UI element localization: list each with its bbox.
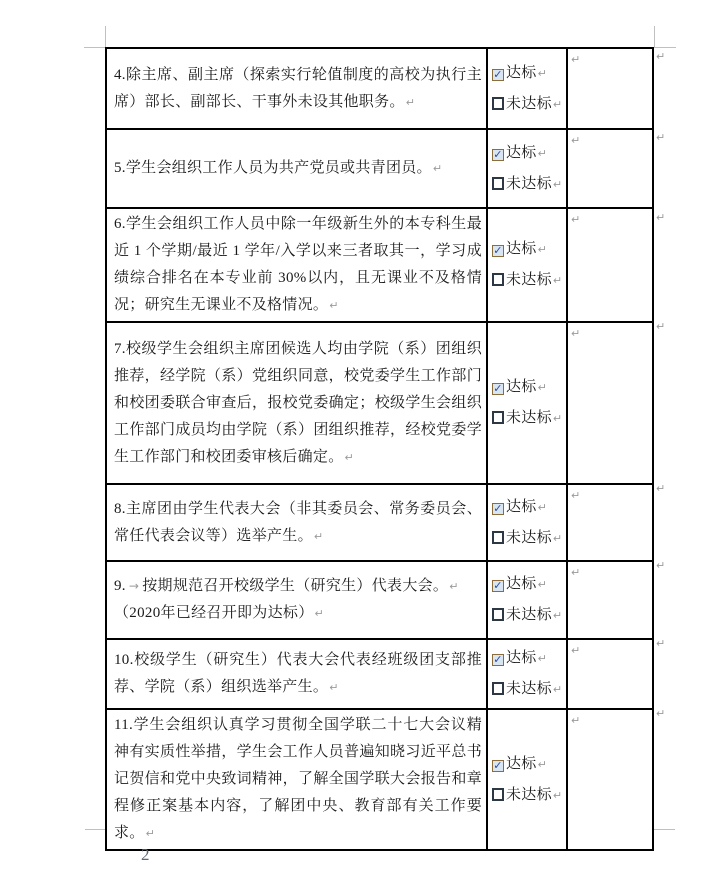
unchecked-checkbox-icon[interactable] — [492, 682, 504, 695]
met-option: ✓达标↵ — [492, 492, 566, 523]
criterion-text: 校级学生会组织主席团候选人均由学院（系）团组织推荐，经学院（系）党组织同意，校党… — [114, 341, 482, 465]
not-met-option: 未达标↵ — [492, 265, 566, 296]
notes-cell: ↵ — [567, 484, 653, 561]
text-boundary-mark-top-left — [84, 26, 106, 48]
criterion-number: 10. — [114, 652, 134, 668]
met-label: 达标 — [506, 241, 537, 257]
paragraph-mark-icon: ↵ — [553, 609, 562, 622]
paragraph-mark-icon: ↵ — [553, 274, 562, 287]
paragraph-mark-icon: ↵ — [553, 412, 562, 425]
notes-cell: ↵ — [567, 709, 653, 850]
criterion-text: 学生会组织工作人员为共产党员或共青团员。 — [126, 160, 432, 176]
not-met-option: 未达标↵ — [492, 403, 566, 434]
checked-checkbox-icon[interactable]: ✓ — [492, 149, 504, 161]
met-option: ✓达标↵ — [492, 643, 566, 674]
unchecked-checkbox-icon[interactable] — [492, 608, 504, 621]
paragraph-mark-icon: ↵ — [553, 683, 562, 696]
criterion-cell: 11.学生会组织认真学习贯彻全国学联二十七大会议精神有实质性举措，学生会工作人员… — [106, 709, 487, 850]
checked-checkbox-icon[interactable]: ✓ — [492, 383, 504, 395]
not-met-option: 未达标↵ — [492, 780, 566, 811]
paragraph-mark-icon: ↵ — [329, 299, 338, 312]
paragraph-mark-icon: ↵ — [571, 213, 580, 226]
paragraph-mark-icon: ↵ — [538, 243, 547, 256]
unchecked-checkbox-icon[interactable] — [492, 531, 504, 544]
paragraph-mark-icon: ↵ — [571, 327, 580, 340]
not-met-option: 未达标↵ — [492, 89, 566, 120]
criterion-cell: 5.学生会组织工作人员为共产党员或共青团员。↵ — [106, 129, 487, 208]
not-met-option: 未达标↵ — [492, 523, 566, 554]
not-met-option: 未达标↵ — [492, 169, 566, 200]
paragraph-mark-icon: ↵ — [315, 607, 324, 620]
checklist-row-9: 9.→按期规范召开校级学生（研究生）代表大会。↵ （2020年已经召开即为达标）… — [106, 561, 653, 639]
met-label: 达标 — [506, 499, 537, 515]
checklist-row-5: 5.学生会组织工作人员为共产党员或共青团员。↵ ✓达标↵ 未达标↵ ↵ — [106, 129, 653, 208]
criterion-text: 主席团由学生代表大会（非其委员会、常务委员会、常任代表会议等）选举产生。 — [114, 501, 482, 544]
paragraph-mark-icon: ↵ — [449, 580, 458, 593]
row-end-mark-icon: ↵ — [656, 211, 665, 224]
paragraph-mark-icon: ↵ — [406, 96, 415, 109]
status-cell: ✓达标↵ 未达标↵ — [487, 709, 567, 850]
row-end-mark-icon: ↵ — [656, 50, 665, 63]
checked-checkbox-icon[interactable]: ✓ — [492, 503, 504, 515]
paragraph-mark-icon: ↵ — [538, 147, 547, 160]
notes-cell: ↵ — [567, 639, 653, 709]
paragraph-mark-icon: ↵ — [553, 178, 562, 191]
criterion-text: 除主席、副主席（探索实行轮值制度的高校为执行主席）部长、副部长、干事外未设其他职… — [114, 67, 482, 110]
met-option: ✓达标↵ — [492, 569, 566, 600]
criterion-cell: 9.→按期规范召开校级学生（研究生）代表大会。↵ （2020年已经召开即为达标）… — [106, 561, 487, 639]
criterion-number: 7. — [114, 341, 126, 357]
not-met-label: 未达标 — [506, 272, 552, 288]
not-met-label: 未达标 — [506, 607, 552, 623]
checked-checkbox-icon[interactable]: ✓ — [492, 245, 504, 257]
criterion-number: 6. — [114, 216, 126, 232]
status-cell: ✓达标↵ 未达标↵ — [487, 208, 567, 322]
checklist-row-7: 7.校级学生会组织主席团候选人均由学院（系）团组织推荐，经学院（系）党组织同意，… — [106, 322, 653, 484]
notes-cell: ↵ — [567, 561, 653, 639]
text-boundary-mark-bottom-left — [85, 829, 107, 851]
met-option: ✓达标↵ — [492, 58, 566, 89]
criterion-cell: 10.校级学生（研究生）代表大会代表经班级团支部推荐、学院（系）组织选举产生。↵ — [106, 639, 487, 709]
criterion-text: 学生会组织工作人员中除一年级新生外的本专科生最近 1 个学期/最近 1 学年/入… — [114, 216, 482, 313]
criterion-number: 5. — [114, 160, 126, 176]
text-boundary-mark-top-right — [654, 26, 676, 48]
paragraph-mark-icon: ↵ — [553, 789, 562, 802]
status-cell: ✓达标↵ 未达标↵ — [487, 129, 567, 208]
checked-checkbox-icon[interactable]: ✓ — [492, 654, 504, 666]
met-label: 达标 — [506, 65, 537, 81]
criterion-note: （2020年已经召开即为达标） — [114, 605, 314, 621]
criterion-cell: 4.除主席、副主席（探索实行轮值制度的高校为执行主席）部长、副部长、干事外未设其… — [106, 48, 487, 129]
paragraph-mark-icon: ↵ — [571, 644, 580, 657]
not-met-label: 未达标 — [506, 176, 552, 192]
checklist-row-8: 8.主席团由学生代表大会（非其委员会、常务委员会、常任代表会议等）选举产生。↵ … — [106, 484, 653, 561]
unchecked-checkbox-icon[interactable] — [492, 273, 504, 286]
row-end-mark-icon: ↵ — [656, 131, 665, 144]
document-page: 4.除主席、副主席（探索实行轮值制度的高校为执行主席）部长、副部长、干事外未设其… — [0, 0, 712, 874]
notes-cell: ↵ — [567, 48, 653, 129]
checked-checkbox-icon[interactable]: ✓ — [492, 69, 504, 81]
criterion-text: 校级学生（研究生）代表大会代表经班级团支部推荐、学院（系）组织选举产生。 — [114, 652, 482, 695]
paragraph-mark-icon: ↵ — [538, 381, 547, 394]
paragraph-mark-icon: ↵ — [538, 652, 547, 665]
met-label: 达标 — [506, 145, 537, 161]
paragraph-mark-icon: ↵ — [314, 530, 323, 543]
status-cell: ✓达标↵ 未达标↵ — [487, 561, 567, 639]
paragraph-mark-icon: ↵ — [571, 134, 580, 147]
met-option: ✓达标↵ — [492, 234, 566, 265]
notes-cell: ↵ — [567, 129, 653, 208]
criterion-cell: 7.校级学生会组织主席团候选人均由学院（系）团组织推荐，经学院（系）党组织同意，… — [106, 322, 487, 484]
paragraph-mark-icon: ↵ — [553, 98, 562, 111]
paragraph-mark-icon: ↵ — [538, 67, 547, 80]
criterion-cell: 6.学生会组织工作人员中除一年级新生外的本专科生最近 1 个学期/最近 1 学年… — [106, 208, 487, 322]
met-option: ✓达标↵ — [492, 372, 566, 403]
text-boundary-mark-bottom-right — [653, 829, 675, 851]
checklist-row-11: 11.学生会组织认真学习贯彻全国学联二十七大会议精神有实质性举措，学生会工作人员… — [106, 709, 653, 850]
status-cell: ✓达标↵ 未达标↵ — [487, 484, 567, 561]
checked-checkbox-icon[interactable]: ✓ — [492, 580, 504, 592]
criterion-number: 11. — [114, 717, 133, 733]
paragraph-mark-icon: ↵ — [345, 451, 354, 464]
paragraph-mark-icon: ↵ — [329, 681, 338, 694]
criterion-cell: 8.主席团由学生代表大会（非其委员会、常务委员会、常任代表会议等）选举产生。↵ — [106, 484, 487, 561]
unchecked-checkbox-icon[interactable] — [492, 411, 504, 424]
paragraph-mark-icon: ↵ — [571, 566, 580, 579]
paragraph-mark-icon: ↵ — [571, 714, 580, 727]
checklist-row-6: 6.学生会组织工作人员中除一年级新生外的本专科生最近 1 个学期/最近 1 学年… — [106, 208, 653, 322]
paragraph-mark-icon: ↵ — [538, 758, 547, 771]
paragraph-mark-icon: ↵ — [571, 53, 580, 66]
met-option: ✓达标↵ — [492, 138, 566, 169]
paragraph-mark-icon: ↵ — [538, 578, 547, 591]
checklist-row-10: 10.校级学生（研究生）代表大会代表经班级团支部推荐、学院（系）组织选举产生。↵… — [106, 639, 653, 709]
paragraph-mark-icon: ↵ — [553, 532, 562, 545]
not-met-label: 未达标 — [506, 787, 552, 803]
unchecked-checkbox-icon[interactable] — [492, 97, 504, 110]
met-label: 达标 — [506, 756, 537, 772]
paragraph-mark-icon: ↵ — [433, 162, 442, 175]
paragraph-mark-icon: ↵ — [538, 501, 547, 514]
status-cell: ✓达标↵ 未达标↵ — [487, 48, 567, 129]
met-label: 达标 — [506, 576, 537, 592]
criterion-text: 学生会组织认真学习贯彻全国学联二十七大会议精神有实质性举措，学生会工作人员普遍知… — [114, 717, 482, 841]
notes-cell: ↵ — [567, 208, 653, 322]
checklist-row-4: 4.除主席、副主席（探索实行轮值制度的高校为执行主席）部长、副部长、干事外未设其… — [106, 48, 653, 129]
not-met-label: 未达标 — [506, 96, 552, 112]
checked-checkbox-icon[interactable]: ✓ — [492, 760, 504, 772]
notes-cell: ↵ — [567, 322, 653, 484]
row-end-mark-icon: ↵ — [656, 482, 665, 495]
checklist-table: 4.除主席、副主席（探索实行轮值制度的高校为执行主席）部长、副部长、干事外未设其… — [105, 47, 654, 851]
criterion-number: 8. — [114, 501, 126, 517]
met-label: 达标 — [506, 650, 537, 666]
met-label: 达标 — [506, 379, 537, 395]
not-met-label: 未达标 — [506, 530, 552, 546]
page-number: 2 — [141, 845, 150, 865]
status-cell: ✓达标↵ 未达标↵ — [487, 322, 567, 484]
not-met-label: 未达标 — [506, 410, 552, 426]
status-cell: ✓达标↵ 未达标↵ — [487, 639, 567, 709]
criterion-number: 4. — [114, 67, 126, 83]
row-end-mark-icon: ↵ — [656, 637, 665, 650]
criterion-number: 9. — [114, 578, 126, 594]
not-met-option: 未达标↵ — [492, 674, 566, 705]
unchecked-checkbox-icon[interactable] — [492, 177, 504, 190]
unchecked-checkbox-icon[interactable] — [492, 788, 504, 801]
paragraph-mark-icon: ↵ — [571, 489, 580, 502]
row-end-mark-icon: ↵ — [656, 707, 665, 720]
criterion-text: 按期规范召开校级学生（研究生）代表大会。 — [142, 578, 448, 594]
row-end-mark-icon: ↵ — [656, 559, 665, 572]
not-met-label: 未达标 — [506, 681, 552, 697]
tab-mark-icon: → — [129, 579, 139, 593]
row-end-mark-icon: ↵ — [656, 320, 665, 333]
met-option: ✓达标↵ — [492, 749, 566, 780]
paragraph-mark-icon: ↵ — [146, 827, 155, 840]
not-met-option: 未达标↵ — [492, 600, 566, 631]
